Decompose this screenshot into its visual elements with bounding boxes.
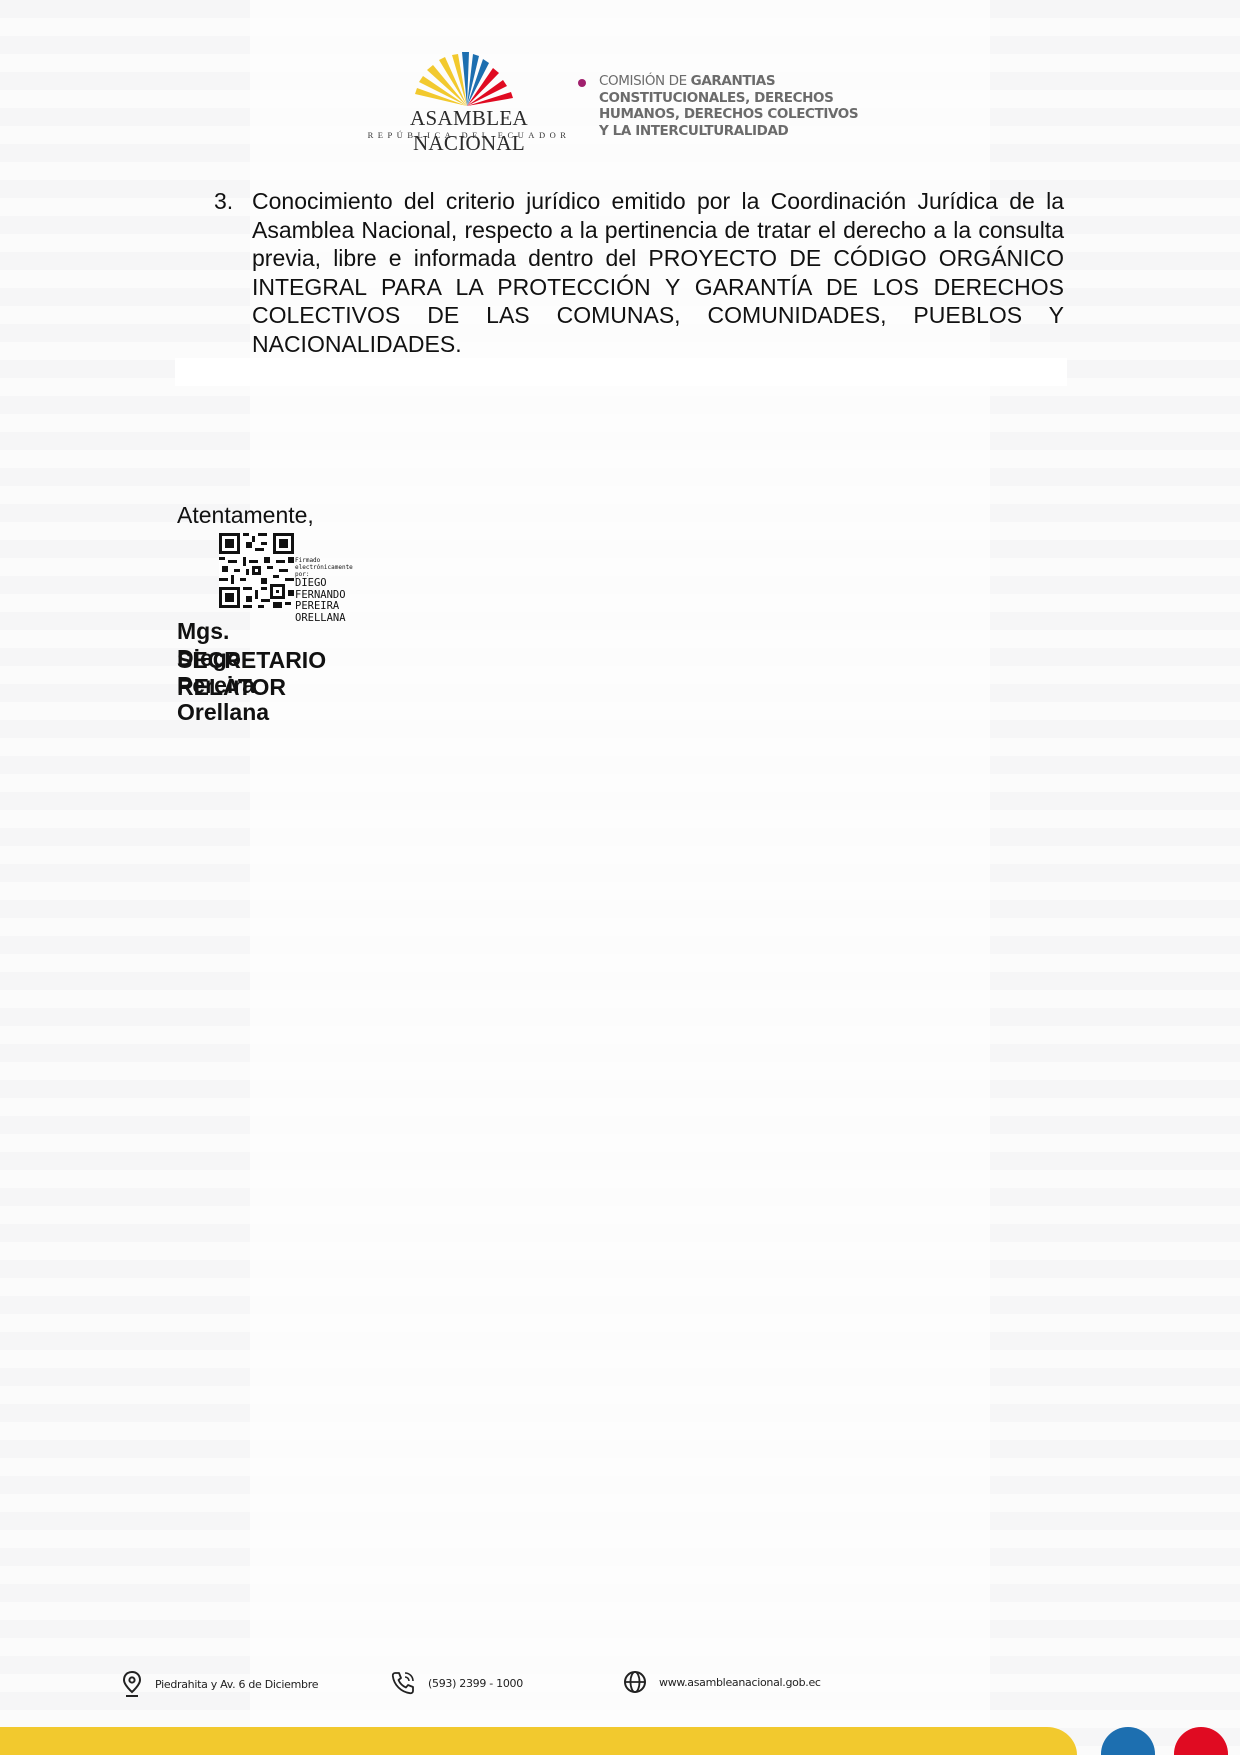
- logo-subtitle: REPÚBLICA DEL ECUADOR: [359, 130, 579, 140]
- commission-line4: Y LA INTERCULTURALIDAD: [599, 123, 788, 139]
- commission-line2: CONSTITUCIONALES, DERECHOS: [599, 90, 833, 106]
- signed-name-line2: PEREIRA ORELLANA: [295, 601, 353, 624]
- footer-address: Piedrahita y Av. 6 de Diciembre: [121, 1670, 318, 1698]
- commission-line1-prefix: COMISIÓN DE: [599, 73, 691, 89]
- signer-title: SECRETARIO RELATOR: [177, 647, 326, 701]
- letterhead: ASAMBLEA NACIONAL REPÚBLICA DEL ECUADOR …: [0, 0, 1240, 150]
- list-item-number: 3.: [214, 187, 233, 216]
- signed-caption: Firmado electrónicamente por:: [295, 557, 353, 578]
- blank-band: [175, 358, 1067, 386]
- website-link[interactable]: www.asambleanacional.gob.ec: [659, 1676, 821, 1689]
- phone-text: (593) 2399 - 1000: [428, 1677, 523, 1690]
- signed-name-line1: DIEGO FERNANDO: [295, 578, 353, 601]
- footer: Piedrahita y Av. 6 de Diciembre (593) 23…: [0, 1660, 1240, 1720]
- qr-code-icon: [219, 533, 294, 608]
- footer-phone: (593) 2399 - 1000: [390, 1670, 523, 1696]
- commission-line3: HUMANOS, DERECHOS COLECTIVOS: [599, 106, 858, 122]
- footer-website: www.asambleanacional.gob.ec: [623, 1670, 821, 1694]
- electronic-signature-caption: Firmado electrónicamente por: DIEGO FERN…: [295, 557, 353, 624]
- location-pin-icon: [121, 1670, 143, 1698]
- globe-icon: [623, 1670, 647, 1694]
- fan-emblem-icon: [407, 52, 527, 108]
- bullet-dot-icon: [578, 79, 586, 87]
- asamblea-logo: ASAMBLEA NACIONAL REPÚBLICA DEL ECUADOR: [355, 52, 575, 144]
- footer-yellow-band: [0, 1727, 1077, 1755]
- list-item-text: Conocimiento del criterio jurídico emiti…: [252, 187, 1064, 358]
- commission-line1-bold: GARANTIAS: [691, 73, 775, 89]
- phone-icon: [390, 1670, 416, 1696]
- closing-salutation: Atentamente,: [177, 502, 314, 529]
- address-text: Piedrahita y Av. 6 de Diciembre: [155, 1678, 318, 1691]
